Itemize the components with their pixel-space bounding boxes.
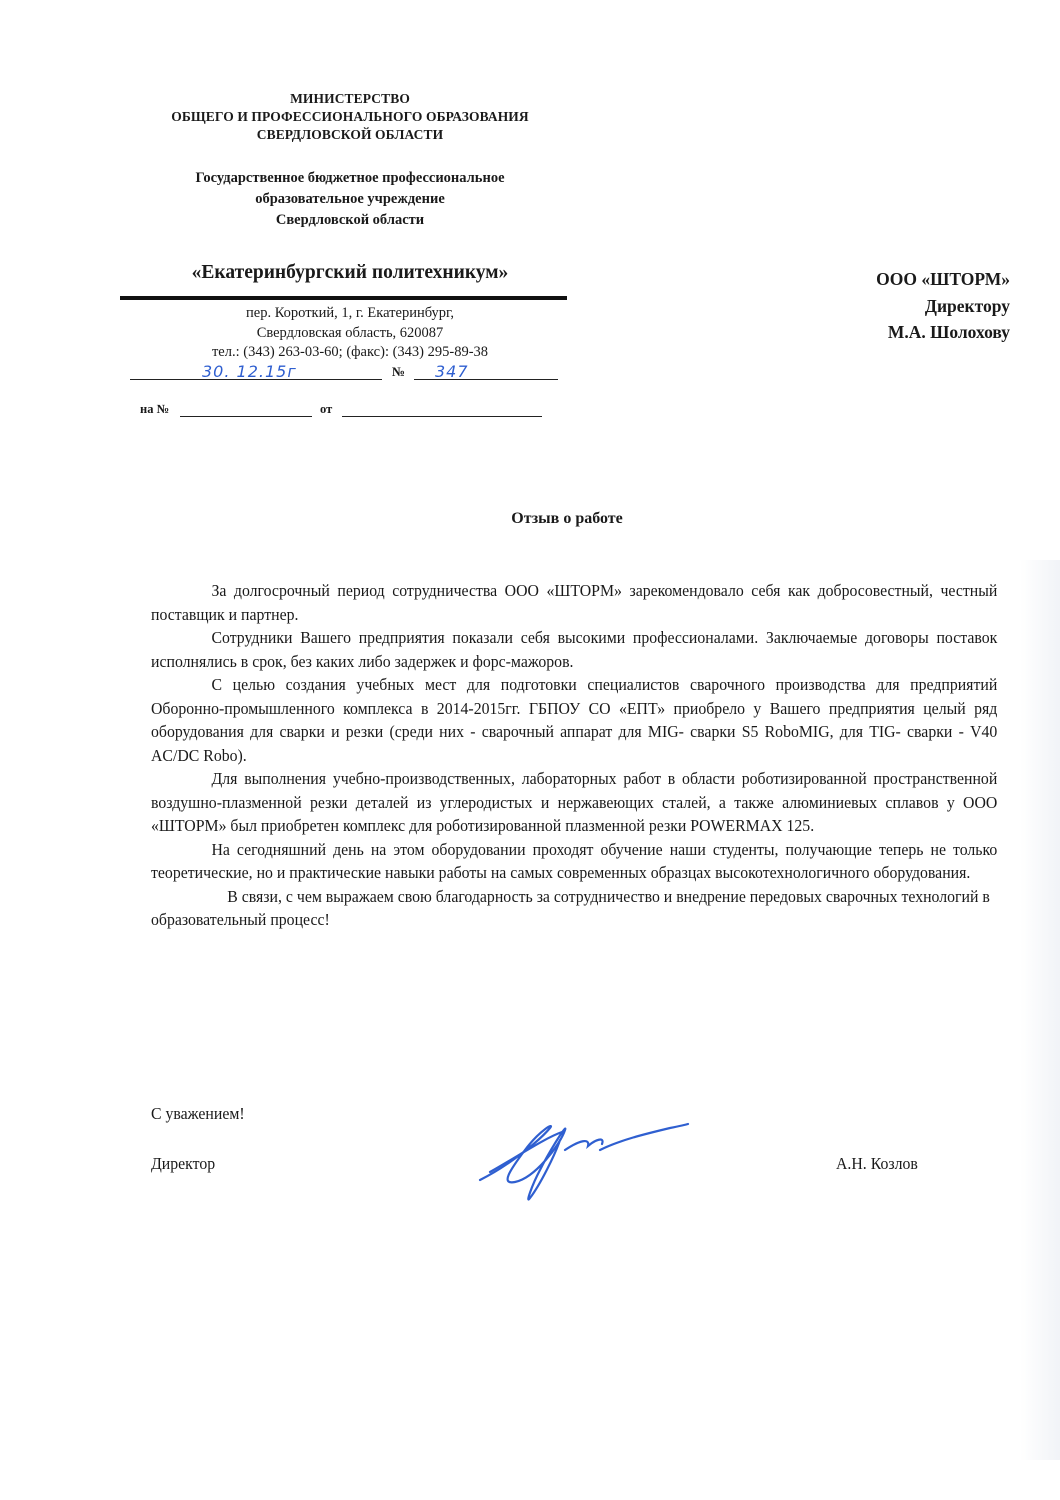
handwritten-date: 30. 12.15г: [202, 362, 297, 381]
reference-number-label: на №: [140, 402, 169, 417]
number-label: №: [392, 364, 405, 380]
reference-date-underline: [342, 416, 542, 417]
address-line: Свердловская область, 620087: [120, 324, 580, 344]
signer-position: Директор: [151, 1154, 215, 1174]
ministry-line: МИНИСТЕРСТВО: [120, 90, 580, 108]
letterhead-divider: [120, 296, 567, 300]
signer-name: А.Н. Козлов: [836, 1154, 918, 1174]
reference-date-label: от: [320, 402, 332, 417]
reference-number-underline: [180, 416, 312, 417]
institution-line: Свердловской области: [120, 210, 580, 231]
scan-edge-shadow: [1020, 560, 1060, 1460]
ministry-line: СВЕРДЛОВСКОЙ ОБЛАСТИ: [120, 126, 580, 144]
address-line: пер. Короткий, 1, г. Екатеринбург,: [120, 304, 580, 324]
addressee-company: ООО «ШТОРМ»: [800, 266, 1010, 293]
handwritten-number: 347: [435, 362, 469, 381]
handwritten-signature-icon: [470, 1110, 690, 1220]
institution-line: Государственное бюджетное профессиональн…: [120, 168, 580, 189]
ministry-line: ОБЩЕГО И ПРОФЕССИОНАЛЬНОГО ОБРАЗОВАНИЯ: [120, 108, 580, 126]
body-paragraph: С целью создания учебных мест для подгот…: [151, 673, 997, 767]
organization-address: пер. Короткий, 1, г. Екатеринбург, Сверд…: [120, 304, 580, 363]
closing-phrase: С уважением!: [151, 1104, 245, 1124]
registration-line: 30. 12.15г № 347: [130, 362, 560, 382]
addressee-position: Директору: [800, 293, 1010, 320]
ministry-header: МИНИСТЕРСТВО ОБЩЕГО И ПРОФЕССИОНАЛЬНОГО …: [120, 90, 580, 144]
body-paragraph: В связи, с чем выражаем свою благодарнос…: [151, 885, 997, 932]
letter-title: Отзыв о работе: [0, 510, 1060, 528]
addressee-name: М.А. Шолохову: [800, 319, 1010, 346]
address-line: тел.: (343) 263-03-60; (факс): (343) 295…: [120, 343, 580, 363]
body-paragraph: На сегодняшний день на этом оборудовании…: [151, 838, 997, 885]
organization-name: «Екатеринбургский политехникум»: [120, 262, 580, 284]
body-paragraph: Сотрудники Вашего предприятия показали с…: [151, 626, 997, 673]
letter-body: За долгосрочный период сотрудничества ОО…: [151, 579, 997, 932]
institution-line: образовательное учреждение: [120, 189, 580, 210]
reference-line: на № от: [140, 402, 560, 420]
body-paragraph: Для выполнения учебно-производственных, …: [151, 767, 997, 838]
institution-header: Государственное бюджетное профессиональн…: [120, 168, 580, 231]
body-paragraph: За долгосрочный период сотрудничества ОО…: [151, 579, 997, 626]
addressee-block: ООО «ШТОРМ» Директору М.А. Шолохову: [800, 266, 1010, 346]
